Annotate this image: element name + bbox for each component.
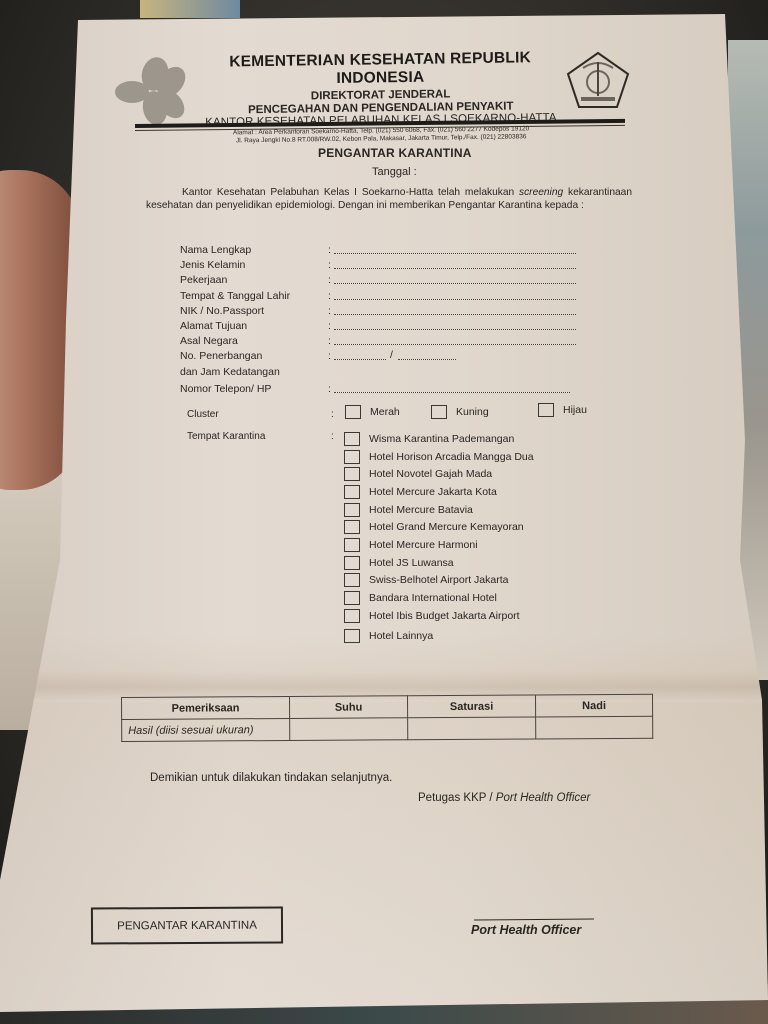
field-label: Alamat Tujuan — [180, 320, 247, 332]
field-dotted-line[interactable] — [334, 268, 576, 269]
option-mercure-batavia[interactable]: Hotel Mercure Batavia — [344, 501, 534, 519]
field-arrival-time-label: dan Jam Kedatangan — [180, 366, 590, 381]
checkbox[interactable] — [344, 432, 360, 446]
checkbox[interactable] — [345, 405, 361, 419]
field-label: Pekerjaan — [180, 274, 227, 286]
checkbox[interactable] — [344, 609, 360, 623]
checkbox[interactable] — [431, 405, 447, 419]
document-title: PENGANTAR KARANTINA — [318, 146, 472, 160]
option-label: Kuning — [456, 406, 489, 418]
field-dotted-line[interactable] — [334, 392, 570, 393]
option-label: Bandara International Hotel — [369, 592, 497, 604]
option-grand-mercure-kemayoran[interactable]: Hotel Grand Mercure Kemayoran — [344, 518, 534, 536]
checkbox[interactable] — [538, 403, 554, 417]
option-label: Hotel Mercure Harmoni — [369, 539, 478, 551]
table-header-row: Pemeriksaan Suhu Saturasi Nadi — [122, 694, 653, 719]
checkbox[interactable] — [344, 556, 360, 570]
header-saturasi: Saturasi — [407, 695, 535, 718]
field-birth-place-date[interactable]: Tempat & Tanggal Lahir : — [180, 290, 590, 305]
quarantine-place-options: Wisma Karantina Pademangan Hotel Horison… — [344, 430, 534, 645]
port-health-emblem-icon — [565, 50, 631, 110]
quarantine-letter-paper: KEMENTERIAN KESEHATAN REPUBLIK INDONESIA… — [0, 0, 768, 1024]
field-dotted-line[interactable] — [334, 299, 576, 300]
checkbox[interactable] — [344, 467, 360, 481]
option-wisma-pademangan[interactable]: Wisma Karantina Pademangan — [344, 430, 534, 448]
field-label: Asal Negara — [180, 335, 238, 347]
date-label: Tanggal : — [372, 166, 417, 178]
field-label: NIK / No.Passport — [180, 305, 264, 317]
ministry-name: KEMENTERIAN KESEHATAN REPUBLIK INDONESIA — [190, 49, 570, 90]
field-colon: : — [328, 350, 331, 362]
officer-title: Petugas KKP / Port Health Officer — [418, 792, 590, 804]
option-label: Wisma Karantina Pademangan — [369, 433, 514, 445]
closing-statement: Demikian untuk dilakukan tindakan selanj… — [150, 772, 392, 784]
field-colon: : — [328, 244, 331, 256]
checkbox[interactable] — [344, 485, 360, 499]
intro-text-1: Kantor Kesehatan Pelabuhan Kelas I Soeka… — [182, 187, 519, 198]
checkbox[interactable] — [344, 591, 360, 605]
examination-table: Pemeriksaan Suhu Saturasi Nadi Hasil (di… — [121, 694, 653, 742]
checkbox[interactable] — [344, 520, 360, 534]
flight-number-line[interactable] — [334, 359, 386, 360]
option-label: Hotel Mercure Batavia — [369, 504, 473, 516]
signature-label: Port Health Officer — [471, 923, 581, 937]
background-object — [140, 0, 240, 18]
checkbox[interactable] — [344, 629, 360, 643]
cell-nadi[interactable] — [536, 716, 653, 739]
header-suhu: Suhu — [289, 696, 407, 719]
field-destination-address[interactable]: Alamat Tujuan : — [180, 320, 590, 335]
field-colon: : — [328, 290, 331, 302]
field-dotted-line[interactable] — [334, 253, 576, 254]
option-label: Hotel Mercure Jakarta Kota — [369, 486, 497, 498]
option-label: Swiss-Belhotel Airport Jakarta — [369, 574, 508, 586]
option-label: Hijau — [563, 404, 587, 416]
quarantine-place-label: Tempat Karantina — [187, 431, 265, 442]
cluster-option-hijau[interactable]: Hijau — [538, 403, 587, 417]
arrival-time-line[interactable] — [398, 359, 456, 360]
field-colon: : — [328, 383, 331, 395]
option-horison-arcadia[interactable]: Hotel Horison Arcadia Mangga Dua — [344, 448, 534, 466]
intro-paragraph: Kantor Kesehatan Pelabuhan Kelas I Soeka… — [146, 186, 632, 212]
option-label: Hotel Ibis Budget Jakarta Airport — [369, 610, 520, 622]
field-phone[interactable]: Nomor Telepon/ HP : — [180, 383, 590, 398]
field-origin-country[interactable]: Asal Negara : — [180, 335, 590, 350]
field-colon: : — [328, 274, 331, 286]
option-label: Hotel Horison Arcadia Mangga Dua — [369, 451, 534, 463]
personal-data-fields: Nama Lengkap : Jenis Kelamin : Pekerjaan… — [180, 244, 590, 398]
field-label: dan Jam Kedatangan — [180, 366, 280, 378]
field-separator: / — [390, 349, 393, 361]
field-dotted-line[interactable] — [334, 314, 576, 315]
cell-saturasi[interactable] — [408, 717, 536, 740]
field-label: Tempat & Tanggal Lahir — [180, 290, 290, 302]
document-type-label: PENGANTAR KARANTINA — [117, 919, 257, 932]
option-label: Merah — [370, 406, 400, 418]
field-colon: : — [328, 259, 331, 271]
option-label: Hotel Lainnya — [369, 630, 433, 642]
option-hotel-lainnya[interactable]: Hotel Lainnya — [344, 628, 534, 646]
option-novotel-gajah-mada[interactable]: Hotel Novotel Gajah Mada — [344, 465, 534, 483]
option-label: Hotel Novotel Gajah Mada — [369, 468, 492, 480]
field-dotted-line[interactable] — [334, 283, 576, 284]
field-label: No. Penerbangan — [180, 350, 262, 362]
field-dotted-line[interactable] — [334, 329, 576, 330]
header-pemeriksaan: Pemeriksaan — [122, 696, 290, 719]
cluster-colon: : — [331, 409, 334, 420]
option-label: Hotel JS Luwansa — [369, 557, 454, 569]
cluster-option-kuning[interactable]: Kuning — [431, 405, 489, 419]
checkbox[interactable] — [344, 450, 360, 464]
field-dotted-line[interactable] — [334, 344, 576, 345]
field-occupation[interactable]: Pekerjaan : — [180, 274, 590, 289]
officer-italic: Port Health Officer — [496, 792, 591, 804]
field-colon: : — [328, 320, 331, 332]
ministry-of-health-logo-icon — [115, 56, 190, 126]
field-flight-number[interactable]: No. Penerbangan : / — [180, 350, 590, 365]
row-label-hasil: Hasil (diisi sesuai ukuran) — [122, 718, 290, 741]
field-colon: : — [328, 305, 331, 317]
field-gender[interactable]: Jenis Kelamin : — [180, 259, 590, 274]
intro-text-italic: screening — [519, 187, 563, 198]
signature-line[interactable] — [474, 918, 594, 920]
table-row: Hasil (diisi sesuai ukuran) — [122, 716, 653, 741]
field-full-name[interactable]: Nama Lengkap : — [180, 244, 590, 259]
field-label: Nama Lengkap — [180, 244, 251, 256]
cluster-label: Cluster — [187, 409, 219, 420]
option-ibis-budget[interactable]: Hotel Ibis Budget Jakarta Airport — [344, 607, 534, 625]
option-swiss-belhotel[interactable]: Swiss-Belhotel Airport Jakarta — [344, 572, 534, 590]
field-label: Nomor Telepon/ HP — [180, 383, 271, 395]
cell-suhu[interactable] — [290, 718, 408, 741]
quarantine-place-colon: : — [331, 431, 334, 442]
document-type-box: PENGANTAR KARANTINA — [91, 906, 283, 944]
field-label: Jenis Kelamin — [180, 259, 245, 271]
checkbox[interactable] — [344, 538, 360, 552]
letterhead: KEMENTERIAN KESEHATAN REPUBLIK INDONESIA… — [190, 49, 571, 145]
option-mercure-jakarta-kota[interactable]: Hotel Mercure Jakarta Kota — [344, 483, 534, 501]
checkbox[interactable] — [344, 573, 360, 587]
checkbox[interactable] — [344, 503, 360, 517]
officer-prefix: Petugas KKP / — [418, 792, 496, 804]
field-colon: : — [328, 335, 331, 347]
option-mercure-harmoni[interactable]: Hotel Mercure Harmoni — [344, 536, 534, 554]
header-nadi: Nadi — [535, 694, 652, 717]
option-js-luwansa[interactable]: Hotel JS Luwansa — [344, 554, 534, 572]
cluster-option-merah[interactable]: Merah — [345, 405, 400, 419]
field-nik-passport[interactable]: NIK / No.Passport : — [180, 305, 590, 320]
option-bandara-international[interactable]: Bandara International Hotel — [344, 589, 534, 607]
option-label: Hotel Grand Mercure Kemayoran — [369, 521, 524, 533]
